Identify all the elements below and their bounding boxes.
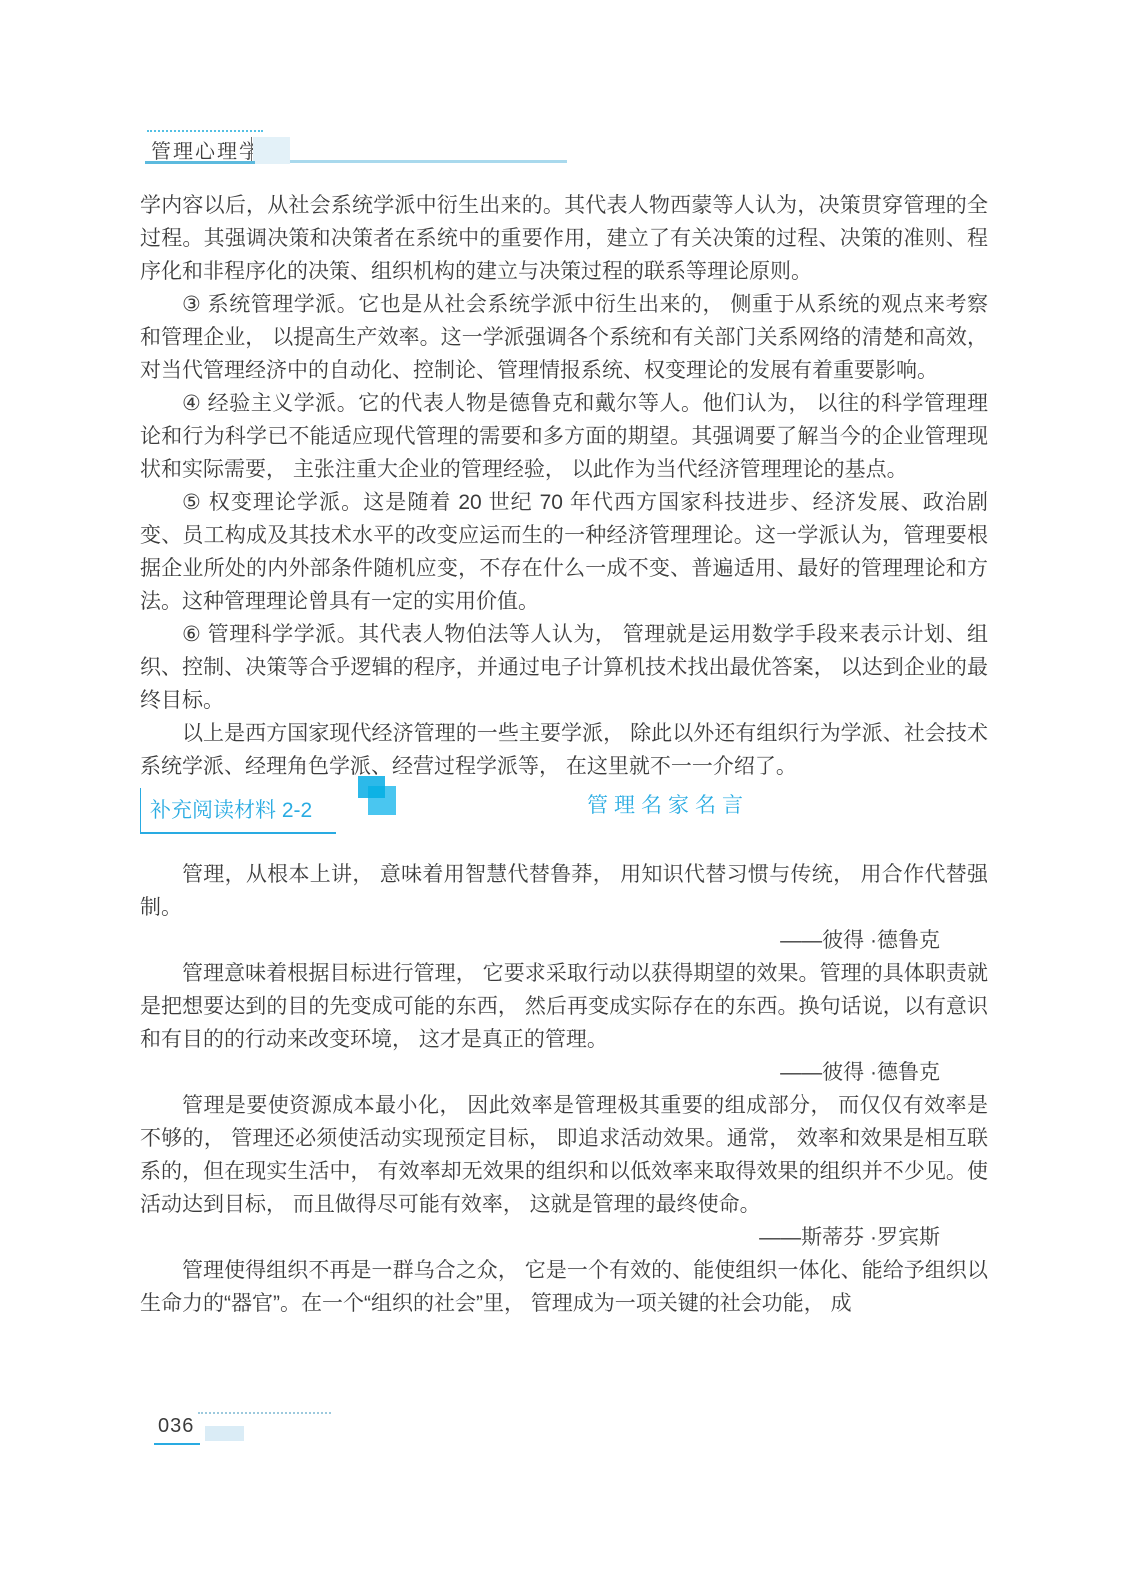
body-paragraph: ③ 系统管理学派。它也是从社会系统学派中衍生出来的， 侧重于从系统的观点来考察和… (140, 288, 988, 387)
overlap-squares-icon (368, 786, 385, 798)
quote-attribution: ——彼得 ·德鲁克 (140, 924, 988, 957)
body-paragraph: ⑥ 管理科学学派。其代表人物伯法等人认为， 管理就是运用数学手段来表示计划、组织… (140, 618, 988, 717)
page-content: 学内容以后，从社会系统学派中衍生出来的。其代表人物西蒙等人认为，决策贯穿管理的全… (140, 189, 988, 1320)
quote-paragraph: 管理是要使资源成本最小化， 因此效率是管理极其重要的组成部分， 而仅仅有效率是不… (140, 1089, 988, 1221)
header-highlight-box (253, 137, 290, 164)
header-caret-mark (251, 137, 252, 163)
reading-material-title: 管理名家名言 (587, 789, 749, 822)
quote-attribution: ——彼得 ·德鲁克 (140, 1056, 988, 1089)
quote-paragraph: 管理意味着根据目标进行管理， 它要求采取行动以获得期望的效果。管理的具体职责就是… (140, 957, 988, 1056)
body-paragraph: ⑤ 权变理论学派。这是随着 20 世纪 70 年代西方国家科技进步、经济发展、政… (140, 486, 988, 618)
page-number: 036 (158, 1415, 194, 1438)
quote-paragraph: 管理，从根本上讲， 意味着用智慧代替鲁莽， 用知识代替习惯与传统， 用合作代替强… (140, 858, 988, 924)
footer-highlight-box (205, 1426, 244, 1441)
book-title: 管理心理学 (151, 135, 261, 164)
header-dotted-rule (147, 130, 263, 132)
reading-material-header: 补充阅读材料 2-2 管理名家名言 (140, 776, 988, 836)
body-paragraph: ④ 经验主义学派。它的代表人物是德鲁克和戴尔等人。他们认为， 以往的科学管理理论… (140, 387, 988, 486)
quote-attribution: ——斯蒂芬 ·罗宾斯 (140, 1221, 988, 1254)
page-number-underline (154, 1443, 200, 1445)
book-page: 管理心理学 学内容以后，从社会系统学派中衍生出来的。其代表人物西蒙等人认为，决策… (0, 0, 1128, 1570)
reading-material-label-text: 补充阅读材料 2-2 (150, 794, 312, 827)
header-underline-extension (290, 160, 567, 163)
body-paragraph: 学内容以后，从社会系统学派中衍生出来的。其代表人物西蒙等人认为，决策贯穿管理的全… (140, 189, 988, 288)
body-paragraph: 以上是西方国家现代经济管理的一些主要学派， 除此以外还有组织行为学派、社会技术系… (140, 717, 988, 783)
quote-paragraph: 管理使得组织不再是一群乌合之众， 它是一个有效的、能使组织一体化、能给予组织以生… (140, 1254, 988, 1320)
reading-material-label: 补充阅读材料 2-2 (140, 788, 336, 834)
footer-dotted-rule (198, 1412, 331, 1414)
header-underline (145, 161, 255, 164)
